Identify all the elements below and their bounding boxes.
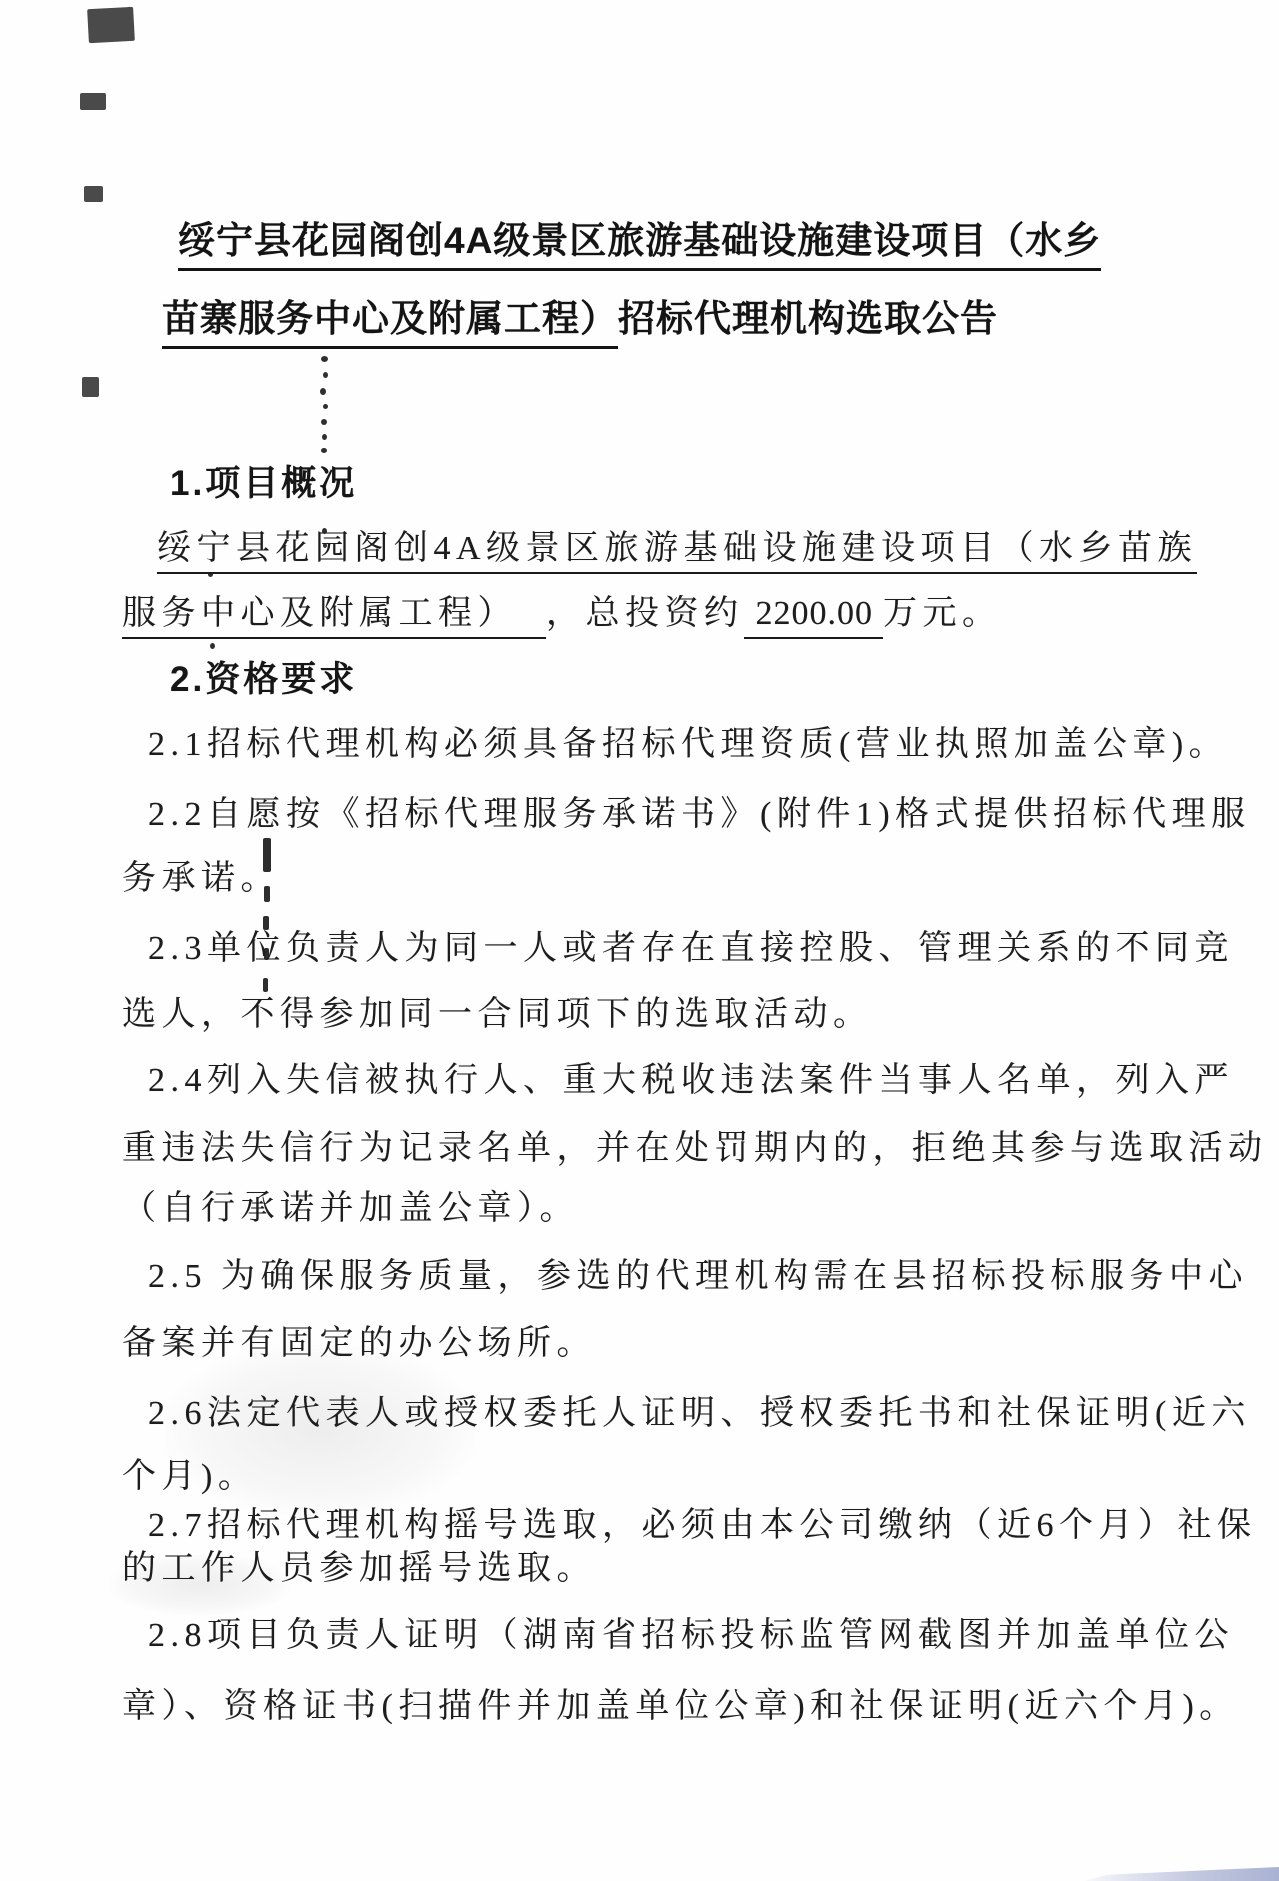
requirement-2-2-line-2: 务承诺。	[122, 850, 280, 899]
investment-prefix: ，总投资约	[546, 595, 744, 632]
scan-artifact-dot	[320, 388, 326, 395]
requirement-2-4-line-3: （自行承诺并加盖公章）。	[122, 1180, 579, 1229]
title-plain-text: 招标代理机构选取公告	[618, 298, 998, 339]
scan-artifact-edge-dash-1	[80, 93, 106, 110]
scan-artifact-dot	[321, 419, 327, 425]
scan-artifact-dot	[323, 372, 328, 378]
project-name-underlined: 绥宁县花园阁创4A级景区旅游基础设施建设项目（水乡苗族	[157, 530, 1197, 574]
requirement-2-1: 2.1招标代理机构必须具备招标代理资质(营业执照加盖公章)。	[148, 716, 1228, 765]
requirement-2-7-line-1: 2.7招标代理机构摇号选取，必须由本公司缴纳（近6个月）社保	[148, 1497, 1257, 1546]
scan-artifact-dot	[321, 356, 328, 362]
requirement-2-7-line-2: 的工作人员参加摇号选取。	[122, 1540, 596, 1589]
requirement-2-3-line-2: 选人，不得参加同一合同项下的选取活动。	[122, 986, 873, 1035]
project-overview-line-2: 服务中心及附属工程），总投资约2200.00万元。	[122, 585, 1002, 634]
investment-amount: 2200.00	[744, 595, 884, 639]
requirement-2-8-line-1: 2.8项目负责人证明（湖南省招标投标监管网截图并加盖单位公	[148, 1607, 1234, 1656]
requirement-2-5-line-1: 2.5 为确保服务质量，参选的代理机构需在县招标投标服务中心	[148, 1248, 1248, 1297]
scan-artifact-top-left-blob	[87, 7, 135, 43]
scan-artifact-edge-dash-2	[84, 186, 103, 202]
scan-artifact-corner-edge	[1084, 1867, 1279, 1881]
requirement-2-4-line-2: 重违法失信行为记录名单，并在处罚期内的，拒绝其参与选取活动	[122, 1120, 1268, 1169]
requirement-2-4-line-1: 2.4列入失信被执行人、重大税收违法案件当事人名单，列入严	[148, 1052, 1234, 1101]
section-1-heading: 1.项目概况	[170, 456, 357, 506]
requirement-2-3-line-1: 2.3单位负责人为同一人或者存在直接控股、管理关系的不同竞	[148, 920, 1234, 969]
scan-artifact-dot	[322, 434, 327, 440]
requirement-2-8-line-2: 章）、资格证书(扫描件并加盖单位公章)和社保证明(近六个月)。	[122, 1678, 1239, 1727]
title-underlined-text: 苗寨服务中心及附属工程）	[162, 298, 618, 349]
scan-artifact-dot	[210, 643, 215, 649]
title-underlined-text: 绥宁县花园阁创4A级景区旅游基础设施建设项目（水乡	[178, 220, 1101, 271]
document-title-line-1: 绥宁县花园阁创4A级景区旅游基础设施建设项目（水乡	[178, 210, 1101, 264]
requirement-2-5-line-2: 备案并有固定的办公场所。	[122, 1315, 596, 1364]
requirement-2-6-line-2: 个月)。	[122, 1448, 257, 1497]
scan-artifact-dot	[323, 404, 328, 409]
project-overview-line-1: 绥宁县花园阁创4A级景区旅游基础设施建设项目（水乡苗族	[157, 520, 1197, 569]
investment-suffix: 万元。	[883, 595, 1002, 632]
scanned-document-page: 绥宁县花园阁创4A级景区旅游基础设施建设项目（水乡 苗寨服务中心及附属工程）招标…	[0, 0, 1279, 1881]
project-name-underlined: 服务中心及附属工程）	[122, 595, 546, 639]
document-title-line-2: 苗寨服务中心及附属工程）招标代理机构选取公告	[162, 288, 998, 342]
requirement-2-6-line-1: 2.6法定代表人或授权委托人证明、授权委托书和社保证明(近六	[148, 1385, 1251, 1434]
section-2-heading: 2.资格要求	[170, 652, 357, 702]
scan-artifact-edge-dash-3	[82, 377, 99, 397]
requirement-2-2-line-1: 2.2自愿按《招标代理服务承诺书》(附件1)格式提供招标代理服	[148, 786, 1251, 835]
scan-artifact-dot	[321, 448, 327, 453]
